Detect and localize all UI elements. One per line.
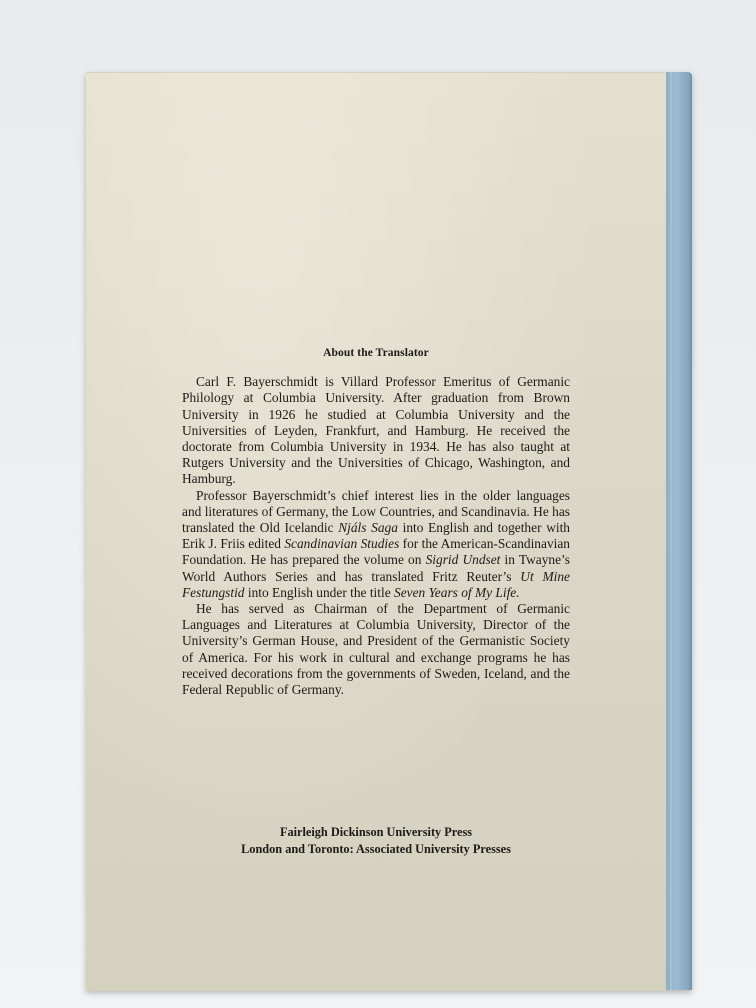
publisher-locations: London and Toronto: Associated Universit… xyxy=(86,841,666,858)
bio-text: Carl F. Bayerschmidt is Villard Professo… xyxy=(182,374,570,486)
title-reference: Sigrid Undset xyxy=(426,552,501,567)
title-reference: Scandinavian Studies xyxy=(284,536,399,551)
bio-heading: About the Translator xyxy=(182,345,570,361)
bio-paragraph: Carl F. Bayerschmidt is Villard Professo… xyxy=(182,374,570,487)
bio-text: into English under the title xyxy=(245,585,395,600)
bio-paragraph: He has served as Chairman of the Departm… xyxy=(182,601,570,698)
title-reference: Njáls Saga xyxy=(338,520,398,535)
back-cover: About the Translator Carl F. Bayerschmid… xyxy=(86,72,666,991)
book-spine xyxy=(666,72,692,990)
bio-paragraph: Professor Bayerschmidt’s chief interest … xyxy=(182,488,570,601)
bio-text: He has served as Chairman of the Departm… xyxy=(182,601,570,697)
book: About the Translator Carl F. Bayerschmid… xyxy=(86,72,692,990)
translator-bio: About the Translator Carl F. Bayerschmid… xyxy=(182,345,570,698)
publisher-imprint: Fairleigh Dickinson University Press Lon… xyxy=(86,824,666,858)
publisher-name: Fairleigh Dickinson University Press xyxy=(86,824,666,841)
title-reference: Seven Years of My Life. xyxy=(394,585,520,600)
